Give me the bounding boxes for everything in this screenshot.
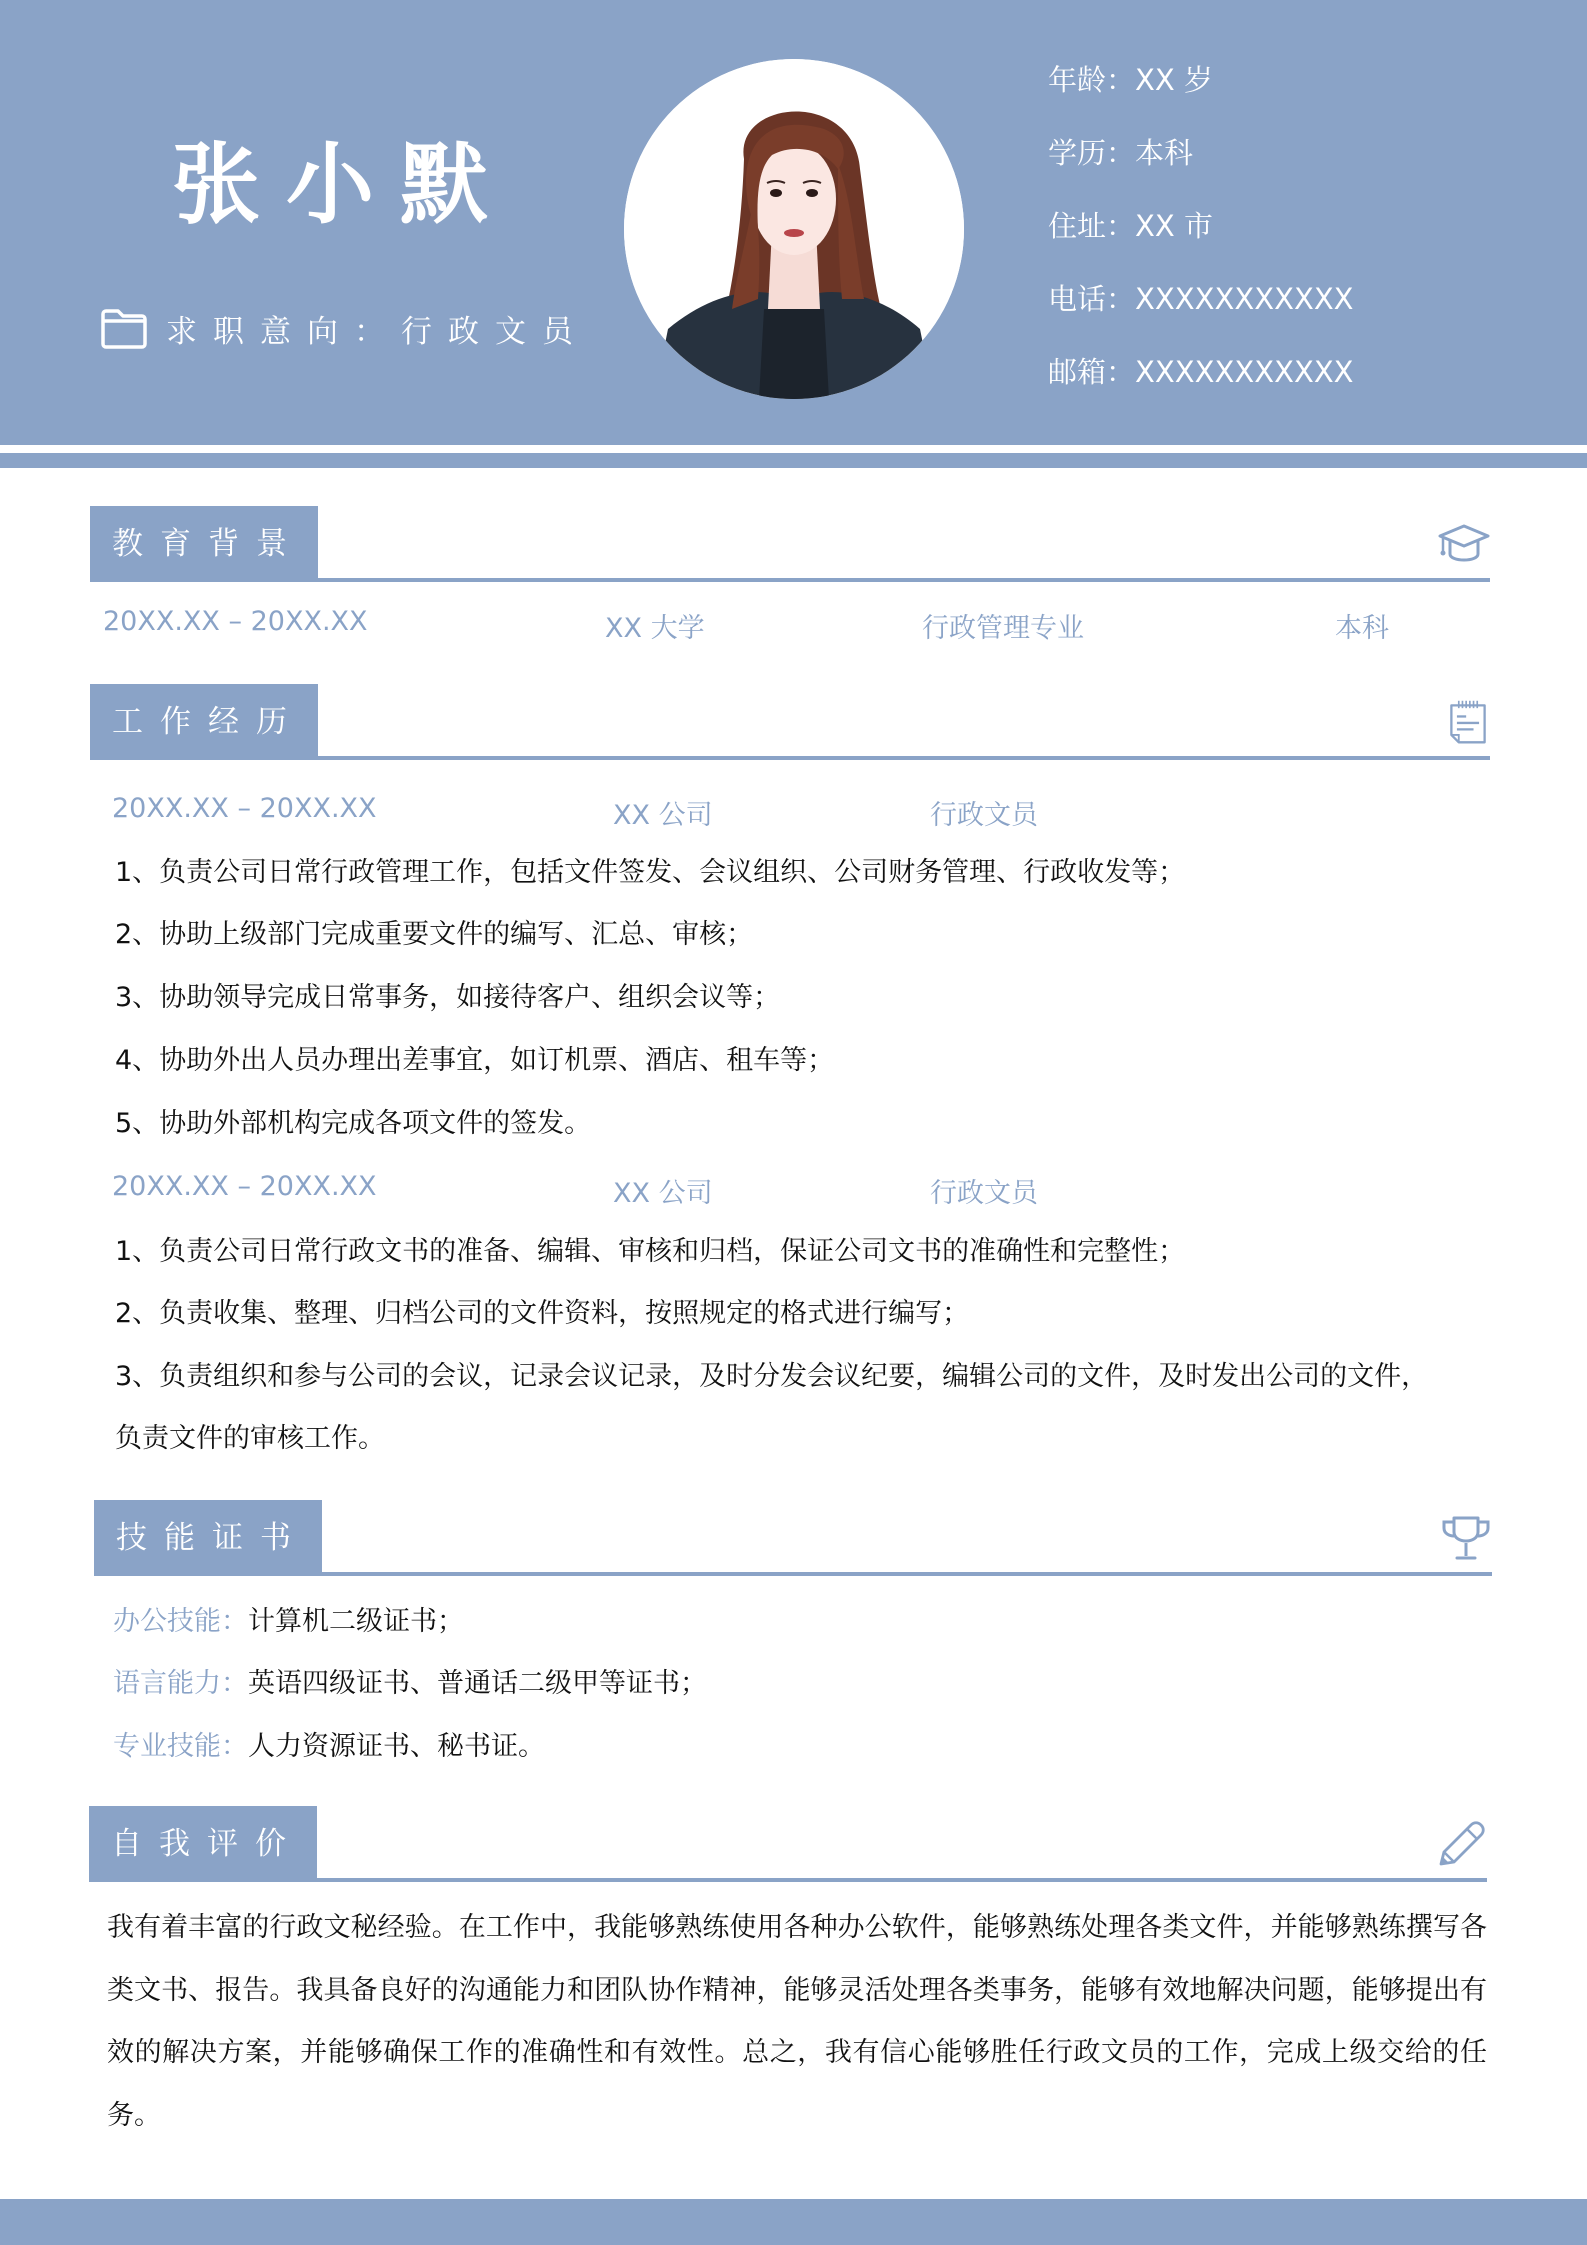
job-entry-header: 20XX.XX – 20XX.XX XX 公司 行政文员 <box>0 1171 1587 1211</box>
contact-email: 邮箱：XXXXXXXXXXX <box>1048 350 1354 423</box>
job-company: XX 公司 <box>613 793 713 832</box>
section-title: 技能证书 <box>94 1500 322 1576</box>
contact-age: 年龄：XX 岁 <box>1048 58 1354 131</box>
section-self-eval-header: 自我评价 <box>90 1806 1490 1882</box>
self-eval-text: 我有着丰富的行政文秘经验。在工作中，我能够熟练使用各种办公软件，能够熟练处理各类… <box>107 1897 1487 2148</box>
graduation-cap-icon <box>1438 520 1490 568</box>
candidate-name: 张小默 <box>172 130 514 240</box>
education-degree: 本科 <box>1335 606 1389 645</box>
section-education-header: 教育背景 <box>90 506 1490 582</box>
job-intent-text: 求职意向：行政文员 <box>166 306 589 351</box>
job-duty: 3、负责组织和参与公司的会议，记录会议记录，及时分发会议纪要，编辑公司的文件，及… <box>115 1357 1428 1397</box>
contact-info: 年龄：XX 岁 学历：本科 住址：XX 市 电话：XXXXXXXXXXX 邮箱：… <box>1048 58 1354 423</box>
trophy-icon <box>1440 1514 1492 1562</box>
portrait-illustration <box>624 59 964 399</box>
job-duty: 2、负责收集、整理、归档公司的文件资料，按照规定的格式进行编写； <box>115 1294 969 1334</box>
job-duty: 负责文件的审核工作。 <box>115 1419 385 1459</box>
skill-item: 专业技能：人力资源证书、秘书证。 <box>113 1727 545 1767</box>
job-entry-header: 20XX.XX – 20XX.XX XX 公司 行政文员 <box>0 793 1587 833</box>
job-duty: 5、协助外部机构完成各项文件的签发。 <box>115 1104 591 1144</box>
section-divider <box>90 578 1490 582</box>
footer-band <box>0 2199 1587 2245</box>
section-skills-header: 技能证书 <box>90 1500 1490 1576</box>
education-major: 行政管理专业 <box>922 606 1084 645</box>
job-duty: 1、负责公司日常行政文书的准备、编辑、审核和归档，保证公司文书的准确性和完整性； <box>115 1232 1185 1272</box>
contact-phone: 电话：XXXXXXXXXXX <box>1048 277 1354 350</box>
section-title: 工作经历 <box>90 684 318 760</box>
section-divider <box>89 1878 1487 1882</box>
education-period: 20XX.XX – 20XX.XX <box>103 606 368 637</box>
job-duty: 3、协助领导完成日常事务，如接待客户、组织会议等； <box>115 978 780 1018</box>
job-duty: 1、负责公司日常行政管理工作，包括文件签发、会议组织、公司财务管理、行政收发等； <box>115 853 1185 893</box>
job-position: 行政文员 <box>930 1171 1038 1210</box>
job-intent: 求职意向：行政文员 <box>100 306 589 351</box>
job-period: 20XX.XX – 20XX.XX <box>112 1171 377 1202</box>
education-school: XX 大学 <box>605 606 705 645</box>
pencil-icon <box>1435 1820 1487 1868</box>
avatar <box>624 59 964 399</box>
job-duty: 4、协助外出人员办理出差事宜，如订机票、酒店、租车等； <box>115 1041 834 1081</box>
education-entry: 20XX.XX – 20XX.XX XX 大学 行政管理专业 本科 <box>0 606 1587 646</box>
contact-address: 住址：XX 市 <box>1048 204 1354 277</box>
section-work-header: 工作经历 <box>90 684 1490 760</box>
section-divider <box>90 756 1490 760</box>
skill-item: 语言能力：英语四级证书、普通话二级甲等证书； <box>113 1664 707 1704</box>
section-divider <box>94 1572 1492 1576</box>
folder-icon <box>100 308 148 350</box>
notepad-icon <box>1446 698 1490 746</box>
header-divider-band <box>0 453 1587 468</box>
job-position: 行政文员 <box>930 793 1038 832</box>
skill-item: 办公技能：计算机二级证书； <box>113 1602 464 1642</box>
job-period: 20XX.XX – 20XX.XX <box>112 793 377 824</box>
job-company: XX 公司 <box>613 1171 713 1210</box>
section-title: 教育背景 <box>90 506 318 582</box>
section-title: 自我评价 <box>89 1806 317 1882</box>
contact-education: 学历：本科 <box>1048 131 1354 204</box>
job-duty: 2、协助上级部门完成重要文件的编写、汇总、审核； <box>115 915 753 955</box>
